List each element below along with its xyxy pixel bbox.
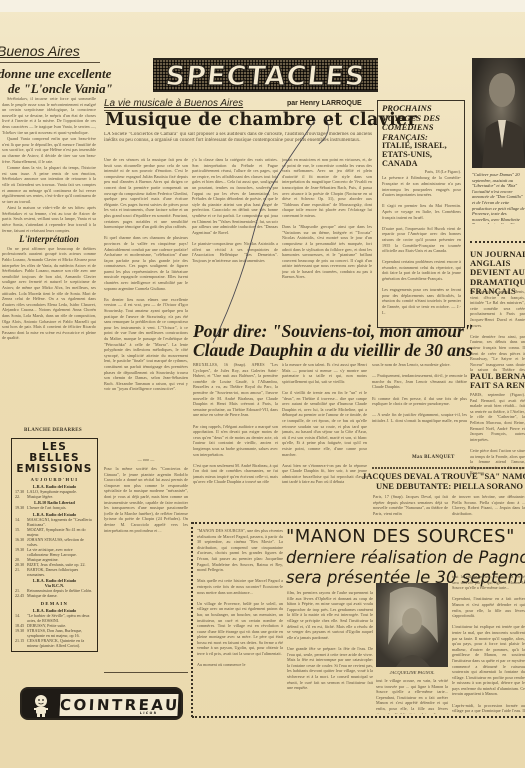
pour-dire-column-1: BRUXELLES, 16 (Snap). APRES "Les Cyclope… bbox=[193, 362, 278, 516]
radio-listing-program: "Le barbier de Séville", opéra en deux a… bbox=[27, 613, 94, 623]
left-kicker: Buenos Aires bbox=[0, 43, 80, 59]
portrait-caption: "Cultiver pour Damas" 20 septembre, assi… bbox=[472, 172, 525, 224]
jacqueline-pagnol-caption: JACQUELINE PAGNOL bbox=[376, 670, 448, 676]
jacques-top-rule bbox=[372, 467, 525, 469]
music-column-3: jouant en musiciens et non point en virt… bbox=[282, 157, 372, 322]
radio-listing-time: 14. bbox=[15, 517, 27, 527]
left-body-paragraph: On ne peut affirmer que beaucoup de théâ… bbox=[2, 246, 96, 341]
journaliste-body: Un journaliste anglais, Denis, vient d'é… bbox=[470, 289, 525, 371]
left-subhead: L'interprétation bbox=[2, 237, 96, 243]
radio-listing-program: JOHANN STRAUSS, sélection de valses. bbox=[27, 537, 94, 547]
manon-frame-bottom bbox=[192, 716, 525, 719]
voyages-box: PROCHAINS VOYAGES DES COMEDIENS FRANÇAIS… bbox=[377, 100, 465, 328]
radio-listing-time: 16.30 bbox=[15, 537, 27, 547]
radio-listing-program: La vie artistique, avec notre collaborat… bbox=[27, 547, 94, 557]
music-column-1b: Pour la même société des "Conciertos de … bbox=[104, 466, 188, 666]
radio-box-title-1: LES BELLES bbox=[15, 442, 94, 464]
left-body-paragraph: Comme dans la vie, la plupart du temps, … bbox=[2, 165, 96, 204]
radio-listing-time: 22. bbox=[15, 494, 27, 499]
radio-listing-row: 22.45Musique de danse. bbox=[15, 593, 94, 598]
manon-column-3a: tout le village accuse, en vain, la véri… bbox=[376, 678, 448, 714]
jacques-deval-column-1: Paris, 17 (Snap). Jacques Deval, qui fai… bbox=[373, 494, 448, 520]
radio-today-listings: L.R.A. Radio del Estado17.30LALO, Sympho… bbox=[15, 484, 94, 599]
pierrot-mascot-icon bbox=[31, 693, 51, 717]
radio-box-title-2: EMISSIONS bbox=[15, 464, 94, 475]
radio-listing-row: 19.30L'heure de l'art français. bbox=[15, 505, 94, 510]
jacques-deval-headline-2: UNE DEBUTANTE: PIELLA SORANO bbox=[362, 482, 525, 492]
left-signature: BLANCHE DEBARRES bbox=[24, 428, 82, 433]
radio-tomorrow-label: DEMAIN bbox=[15, 601, 94, 606]
paul-bernard-headline: PAUL BERNARD FAIT SA RENTREE bbox=[470, 372, 525, 390]
radio-listing-time: 21.15 bbox=[15, 638, 27, 648]
radio-listing-row: 19.30STRAUSS, Don Juan, Burlesque, symph… bbox=[15, 628, 94, 638]
cointreau-brand: COINTREAU bbox=[60, 696, 179, 714]
radio-listing-time: 22.45 bbox=[15, 593, 27, 598]
voyages-body: La présence à Edimbourg de la Comédie-Fr… bbox=[382, 175, 461, 335]
radio-today-label: AUJOURD'HUI bbox=[15, 477, 94, 482]
music-column-2: y'a la classe dans la catégorie des vrai… bbox=[192, 157, 278, 322]
manon-column-2: film, les premiers rayons de l'aube surp… bbox=[287, 590, 373, 714]
left-body-paragraph: Sérébriakov, il incarne cette force qui … bbox=[2, 96, 96, 135]
manon-frame-top bbox=[192, 522, 525, 525]
manon-intro-column: "MANON DES SOURCES", une des plus récent… bbox=[197, 528, 283, 714]
pour-dire-signature: Max BLANQUET bbox=[412, 455, 455, 460]
manon-headline-1: "MANON DES SOURCES" bbox=[286, 526, 515, 547]
radio-listing-program: BARTOK, Danses folkloriques roumaines. bbox=[27, 567, 94, 577]
music-byline: par Henry LARROQUE bbox=[287, 100, 362, 107]
music-column-1: Une de ces séances où la musique fait pe… bbox=[104, 157, 188, 455]
radio-listing-row: 21.15CESAR FRANCK, Quintette en fa mineu… bbox=[15, 638, 94, 648]
radio-listing-time: 14. bbox=[15, 613, 27, 623]
jacqueline-pagnol-photo bbox=[376, 583, 448, 667]
radio-listing-program: MASCAGNI, fragments de "Cavalleria Rusti… bbox=[27, 517, 94, 527]
radio-listing-time: 19.30 bbox=[15, 505, 27, 510]
radio-listing-time: 19.30 bbox=[15, 547, 27, 557]
left-article-body: Sérébriakov, il incarne cette force qui … bbox=[2, 96, 96, 436]
radio-listing-program: Musique légère. bbox=[27, 494, 94, 499]
radio-listing-program: L'heure de l'art français. bbox=[27, 505, 94, 510]
banner-title: SPECTACLES bbox=[151, 61, 379, 92]
music-end-rule bbox=[104, 672, 188, 673]
paul-bernard-body: PARIS, septembre (Figaro). Paul Bernard,… bbox=[470, 392, 525, 476]
manon-headline-2: derniere réalisation de Pagnol, bbox=[286, 548, 525, 567]
left-headline-1: donne une excellente bbox=[0, 66, 111, 82]
radio-listing-row: 22.Musique légère. bbox=[15, 494, 94, 499]
actor-portrait-photo bbox=[472, 58, 525, 168]
radio-listing-program: STRAUSS, Don Juan, Burlesque, symphonie … bbox=[27, 628, 94, 638]
pour-dire-headline-2: Claude Dauphin a du vieillir de 30 ans bbox=[193, 341, 473, 360]
music-headline: Musique de chambre et clavier bbox=[105, 110, 417, 130]
radio-listing-time: 21. bbox=[15, 567, 27, 577]
radio-listing-row: 16.30JOHANN STRAUSS, sélection de valses… bbox=[15, 537, 94, 547]
radio-listing-program: CESAR FRANCK, Quintette en fa mineur (pi… bbox=[27, 638, 94, 648]
radio-tomorrow-listings: L.R.A. Radio del Estado14."Le barbier de… bbox=[15, 608, 94, 648]
radio-listing-row: 14.MASCAGNI, fragments de "Cavalleria Ru… bbox=[15, 517, 94, 527]
music-lead: LA Société "Conciertos de Cámara" qui sa… bbox=[104, 132, 372, 154]
music-separator: — ooo — bbox=[104, 457, 188, 465]
left-headline-2: de "L'oncle Vania" bbox=[8, 81, 113, 97]
portrait-woman-icon bbox=[376, 583, 448, 667]
manon-frame-left bbox=[191, 522, 194, 717]
radio-listing-time: 19.30 bbox=[15, 628, 27, 638]
spectacles-banner: SPECTACLES bbox=[153, 58, 378, 92]
cointreau-advert: COINTREAU LICOR bbox=[20, 687, 183, 720]
manon-column-3: tout le village accuse, en vain, la véri… bbox=[452, 574, 525, 714]
left-kicker-underline bbox=[0, 62, 100, 63]
pour-dire-column-3: sous le nom de Jean Lenoir, sa modeste g… bbox=[372, 362, 467, 424]
left-body-paragraph: Quand Vania comprend enfin que son beau-… bbox=[2, 136, 96, 164]
radio-listing-program: MOZART, Symphonie No 41 en do majeur. bbox=[27, 527, 94, 537]
cointreau-subtitle: LICOR bbox=[140, 711, 158, 715]
music-kicker: La vie musicale à Buenos Aires bbox=[104, 98, 243, 109]
cointreau-label: COINTREAU LICOR bbox=[59, 694, 178, 716]
radio-listing-row: 19.30La vie artistique, avec notre colla… bbox=[15, 547, 94, 557]
pour-dire-column-2: à la mesure de son talent. Et c'est auss… bbox=[282, 362, 367, 516]
radio-listing-row: 21.BARTOK, Danses folkloriques roumaines… bbox=[15, 567, 94, 577]
radio-listings-box: LES BELLES EMISSIONS AUJOURD'HUI L.R.A. … bbox=[11, 438, 98, 652]
radio-listing-time: 15. bbox=[15, 527, 27, 537]
voyages-title: PROCHAINS VOYAGES DES COMEDIENS FRANÇAIS… bbox=[382, 104, 461, 142]
radio-listing-row: 14."Le barbier de Séville", opéra en deu… bbox=[15, 613, 94, 623]
left-body-paragraph: Ainsi la maison se vide-t-elle de ses hô… bbox=[2, 205, 96, 233]
pour-dire-headline-1: Pour dire: "Souviens-toi, mon amour" bbox=[193, 322, 474, 341]
voyages-subtitle: ITALIE, ISRAEL, ETATS-UNIS, CANADA bbox=[382, 142, 461, 168]
radio-listing-row: 15.MOZART, Symphonie No 41 en do majeur. bbox=[15, 527, 94, 537]
paper-top-edge bbox=[0, 0, 525, 12]
jacques-deval-column-2: de trouver son héroïne, une débutante: P… bbox=[452, 494, 525, 520]
right-dotted-divider bbox=[470, 241, 525, 244]
portrait-silhouette-icon bbox=[472, 58, 525, 168]
radio-listing-program: Musique de danse. bbox=[27, 593, 94, 598]
newspaper-page: Buenos Aires donne une excellente de "L'… bbox=[0, 0, 525, 768]
